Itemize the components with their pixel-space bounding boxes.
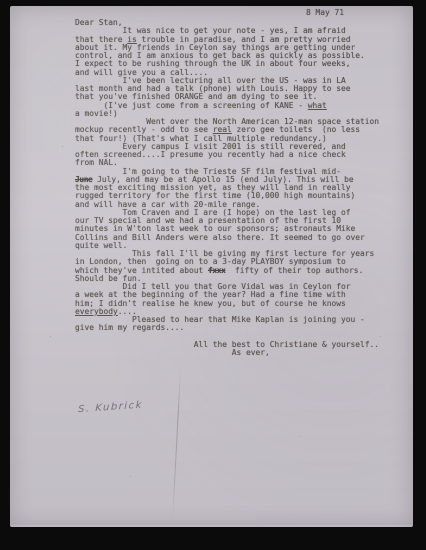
- letter-line: give him my regards....: [75, 324, 405, 332]
- letter-text: fifty of their top authors.: [225, 266, 363, 275]
- struck-out-text: fxxx: [208, 266, 225, 275]
- letter-line: As ever,: [75, 349, 405, 357]
- scanned-letter: 8 May 71 Dear Stan, It was nice to get y…: [0, 0, 426, 550]
- letter-line: often screened....I presume you recently…: [75, 151, 405, 159]
- letter-page: 8 May 71 Dear Stan, It was nice to get y…: [10, 6, 413, 527]
- paper-crease: [172, 364, 182, 528]
- letter-date: 8 May 71: [306, 8, 344, 17]
- letter-text: give him my regards....: [75, 323, 184, 332]
- letter-line: (I've just come from a screening of KANE…: [75, 102, 405, 110]
- letter-body: Dear Stan, It was nice to get your note …: [75, 19, 405, 357]
- underlined-text: what: [308, 101, 327, 110]
- letter-text: As ever,: [75, 348, 270, 357]
- handwritten-annotation: S. Kubrick: [78, 400, 143, 416]
- paper-specks: [10, 6, 11, 7]
